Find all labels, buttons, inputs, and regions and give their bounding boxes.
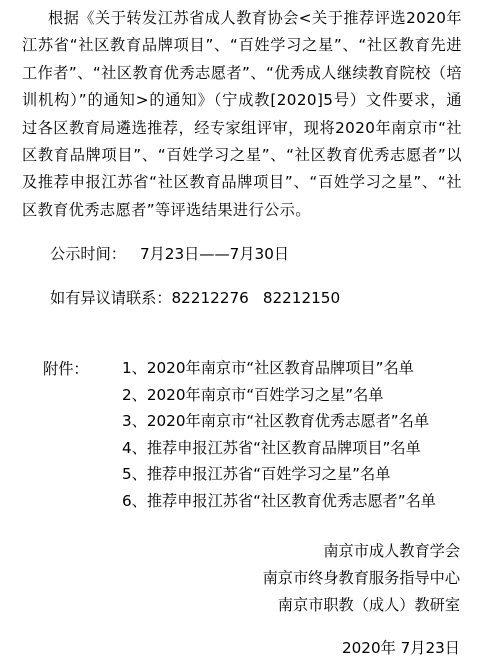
notice-document: 根据《关于转发江苏省成人教育协会<关于推荐评选2020年江苏省“社区教育品牌项目… xyxy=(0,0,480,656)
notice-date: 2020年 7月23日 xyxy=(342,637,460,656)
attachments-list: 1、2020年南京市“社区教育品牌项目”名单 2、2020年南京市“百姓学习之星… xyxy=(122,358,436,517)
contact-label: 如有异议请联系： xyxy=(50,289,172,307)
publicity-period-value: 7月23日——7月30日 xyxy=(140,245,289,263)
publicity-period-label: 公示时间： xyxy=(50,245,126,263)
contact-phone-2: 82212150 xyxy=(263,289,340,307)
attachment-item: 6、推荐申报江苏省“社区教育优秀志愿者”名单 xyxy=(122,491,436,518)
contact-phone-1: 82212276 xyxy=(172,289,249,307)
notice-body-paragraph: 根据《关于转发江苏省成人教育协会<关于推荐评选2020年江苏省“社区教育品牌项目… xyxy=(22,5,462,224)
attachment-item: 2、2020年南京市“百姓学习之星”名单 xyxy=(122,385,436,412)
attachment-item: 3、2020年南京市“社区教育优秀志愿者”名单 xyxy=(122,411,436,438)
attachments-label: 附件： xyxy=(43,358,89,379)
signatory-vocational-research-office: 南京市职教（成人）教研室 xyxy=(278,594,460,615)
attachment-item: 4、推荐申报江苏省“社区教育品牌项目”名单 xyxy=(122,438,436,465)
attachment-item: 1、2020年南京市“社区教育品牌项目”名单 xyxy=(122,358,436,385)
contact-info: 如有异议请联系：8221227682212150 xyxy=(50,287,340,308)
signatory-adult-education-society: 南京市成人教育学会 xyxy=(323,540,460,561)
publicity-period: 公示时间：7月23日——7月30日 xyxy=(50,243,289,264)
signatory-lifelong-education-center: 南京市终身教育服务指导中心 xyxy=(263,567,460,588)
attachment-item: 5、推荐申报江苏省“百姓学习之星”名单 xyxy=(122,464,436,491)
